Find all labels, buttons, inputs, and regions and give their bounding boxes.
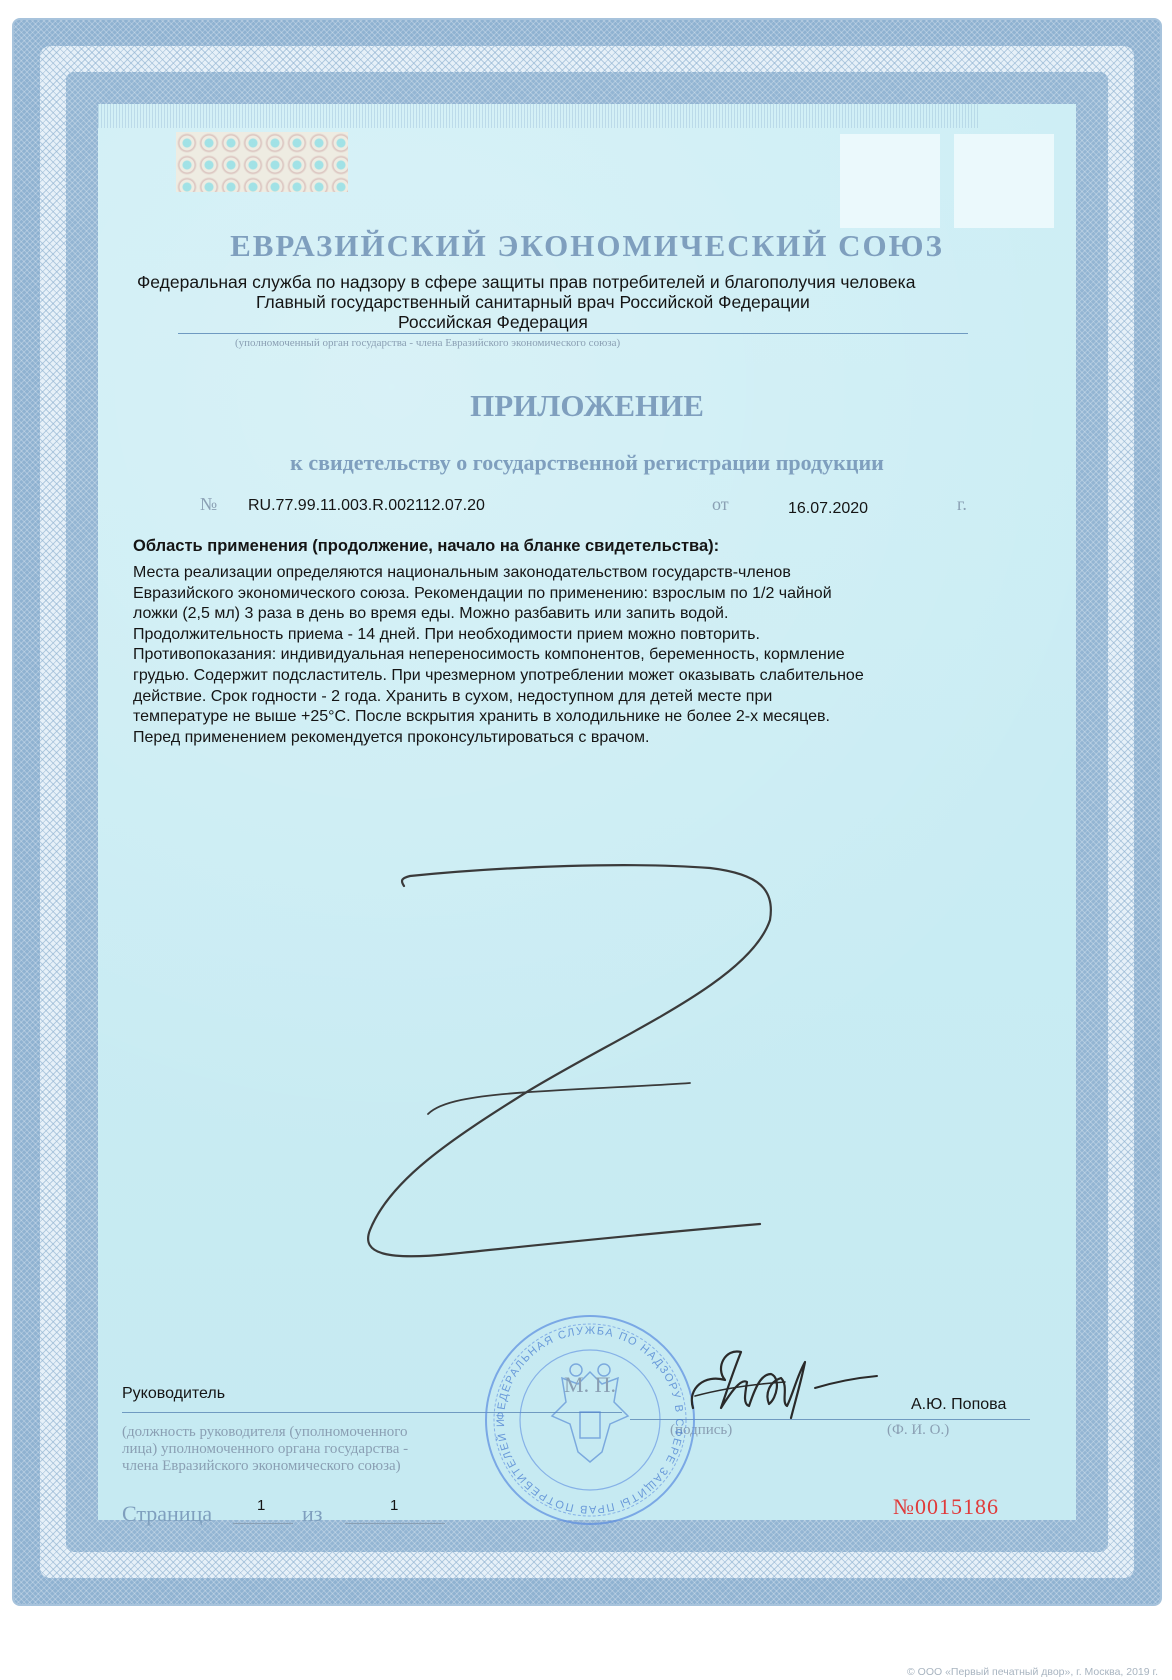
- scope-line: Противопоказания: индивидуальная неперен…: [133, 645, 1033, 666]
- registration-number: RU.77.99.11.003.R.002112.07.20: [248, 497, 485, 515]
- registration-date: 16.07.2020: [788, 500, 868, 518]
- page-total: 1: [390, 1497, 398, 1514]
- date-label: от: [712, 494, 729, 515]
- form-serial-number: №0015186: [893, 1494, 999, 1520]
- agency-underline: [178, 333, 968, 334]
- agency-line-3: Российская Федерация: [398, 312, 588, 333]
- scope-line: действие. Срок годности - 2 года. Хранит…: [133, 687, 1033, 708]
- page-current-underline: [233, 1523, 293, 1524]
- page-current: 1: [257, 1497, 265, 1514]
- blank-space-z-mark: [330, 840, 790, 1270]
- scope-heading: Область применения (продолжение, начало …: [133, 537, 719, 556]
- signer-role: Руководитель: [122, 1385, 225, 1403]
- scope-line: Продолжительность приема - 14 дней. При …: [133, 625, 1033, 646]
- official-stamp-icon: ФЕДЕРАЛЬНАЯ СЛУЖБА ПО НАДЗОРУ В СФЕРЕ ЗА…: [482, 1312, 698, 1528]
- scope-line: температуре не выше +25°C. После вскрыти…: [133, 707, 1033, 728]
- role-caption-line-2: лица) уполномоченного органа государства…: [122, 1441, 408, 1458]
- page-total-underline: [345, 1523, 445, 1524]
- page-of-label: из: [302, 1501, 322, 1527]
- agency-caption: (уполномоченный орган государства - член…: [235, 337, 620, 349]
- scope-body: Места реализации определяются национальн…: [133, 563, 1033, 748]
- year-suffix: г.: [957, 494, 967, 515]
- svg-text:ФЕДЕРАЛЬНАЯ СЛУЖБА ПО НАДЗОРУ: ФЕДЕРАЛЬНАЯ СЛУЖБА ПО НАДЗОРУ В СФЕРЕ ЗА…: [482, 1312, 685, 1515]
- role-caption-line-1: (должность руководителя (уполномоченного: [122, 1424, 408, 1441]
- appendix-title: ПРИЛОЖЕНИЕ: [98, 388, 1076, 424]
- printer-credit: © ООО «Первый печатный двор», г. Москва,…: [907, 1666, 1158, 1678]
- scope-line: Места реализации определяются национальн…: [133, 563, 1033, 584]
- union-title: ЕВРАЗИЙСКИЙ ЭКОНОМИЧЕСКИЙ СОЮЗ: [98, 228, 1076, 264]
- stamp-label: М. П.: [564, 1372, 616, 1397]
- watermark-window-right: [954, 134, 1054, 228]
- scope-line: Евразийского экономического союза. Реком…: [133, 584, 1033, 605]
- scope-line: Перед применением рекомендуется проконсу…: [133, 728, 1033, 749]
- scope-line: ложки (2,5 мл) 3 раза в день во время ед…: [133, 604, 1033, 625]
- agency-line-1: Федеральная служба по надзору в сфере за…: [137, 272, 915, 293]
- role-caption-line-3: члена Евразийского экономического союза): [122, 1458, 401, 1475]
- page-label: Страница: [122, 1501, 212, 1527]
- signer-name: А.Ю. Попова: [911, 1396, 1006, 1414]
- name-caption: (Ф. И. О.): [887, 1422, 949, 1439]
- watermark-window-left: [840, 134, 940, 228]
- handwritten-signature: [685, 1338, 885, 1420]
- scope-line: грудью. Содержит подсластитель. При чрез…: [133, 666, 1033, 687]
- agency-line-2: Главный государственный санитарный врач …: [256, 292, 810, 313]
- registration-number-label: №: [200, 494, 217, 515]
- microprint-strip: [98, 104, 978, 128]
- appendix-subtitle: к свидетельству о государственной регист…: [98, 450, 1076, 476]
- hologram-icon: [176, 132, 348, 192]
